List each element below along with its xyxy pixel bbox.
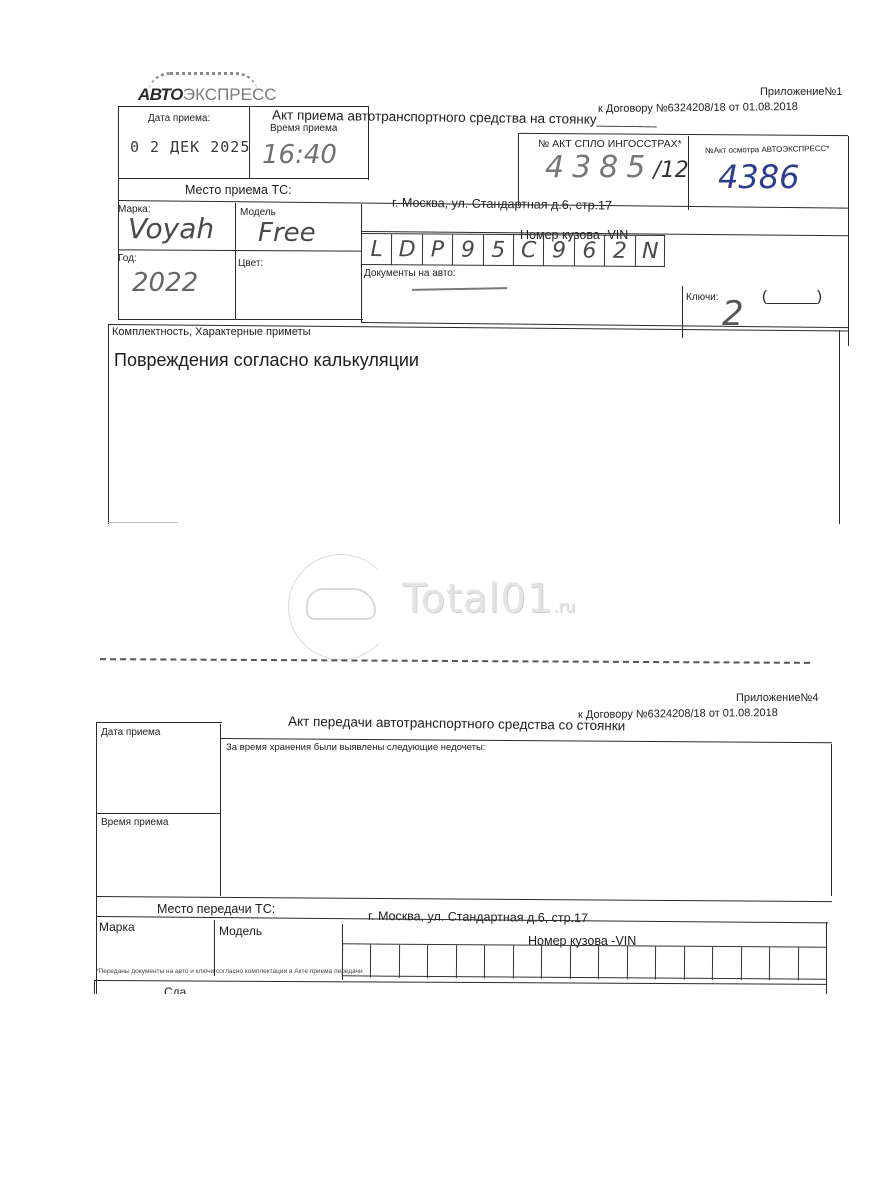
ingos-act-label: № АКТ СПЛО ИНГОССТРАХ* (538, 138, 682, 150)
transfer-act-title: Акт передачи автотранспортного средства … (288, 714, 625, 734)
documents-value-dash (412, 287, 507, 291)
appendix-number: Приложение№1 (760, 86, 842, 98)
receipt-place-label: Место приема ТС: (185, 183, 292, 197)
date-stamp-value: 0 2 ДЕК 2025 (130, 138, 250, 156)
vin-char-cell: 9 (543, 235, 574, 266)
vin-char-cell: C (513, 235, 544, 266)
transfer-vin-empty-cell (627, 946, 656, 979)
transfer-vin-cells-row (342, 943, 826, 979)
transfer-vin-empty-cell (484, 945, 513, 978)
vin-char-cell: 6 (574, 235, 605, 266)
transfer-model-label: Модель (219, 924, 262, 938)
transfer-vin-empty-cell (598, 946, 627, 979)
model-label: Модель (240, 207, 276, 218)
vin-char-cell: D (391, 234, 422, 265)
documents-label: Документы на авто: (364, 268, 456, 279)
transfer-vin-empty-cell (513, 946, 542, 979)
transfer-vin-empty-cell (797, 947, 826, 980)
transfer-place-label: Место передачи ТС: (157, 902, 275, 916)
ingos-act-value: 4385/12 (545, 150, 689, 185)
transfer-vin-empty-cell (769, 947, 798, 980)
inspection-act-label: №Акт осмотра АВТОЭКСПРЕСС* (705, 144, 830, 155)
keys-value: 2 (722, 294, 744, 334)
watermark-text: Total01.ru (402, 576, 575, 622)
vin-char-cell: 2 (604, 236, 635, 267)
brand-value: Voyah (128, 212, 214, 245)
model-value: Free (258, 218, 316, 248)
transfer-place-value: г. Москва, ул. Стандартная д.6, стр.17 (368, 909, 588, 925)
autoexpress-logo: АВТОЭКСПРЕСС (138, 72, 268, 108)
logo-text: АВТОЭКСПРЕСС (138, 85, 277, 105)
time-label: Время приема (270, 123, 337, 134)
vin-char-cell: N (634, 236, 665, 267)
year-label: Год: (118, 253, 137, 264)
vin-cells-row: LDP95C962N (361, 233, 665, 267)
transfer-vin-empty-cell (655, 946, 684, 979)
transfer-vin-empty-cell (456, 945, 485, 978)
date-label: Дата приема: (148, 113, 210, 124)
defects-label: За время хранения были выявлены следующи… (226, 742, 485, 753)
transfer-time-label: Время приема (101, 817, 168, 828)
completeness-label: Комплектность, Характерные приметы (112, 326, 311, 338)
keys-extra-blank: (______) (762, 288, 822, 305)
time-value: 16:40 (262, 140, 337, 170)
vin-char-cell: 9 (452, 235, 483, 266)
transfer-next-row-partial: Сда... (164, 986, 196, 994)
year-value: 2022 (132, 268, 198, 298)
transfer-appendix-number: Приложение№4 (736, 692, 818, 704)
transfer-brand-label: Марка (99, 920, 135, 934)
transfer-vin-empty-cell (570, 946, 599, 979)
transfer-vin-empty-cell (370, 945, 399, 978)
vin-char-cell: L (361, 234, 392, 265)
transfer-vin-empty-cell (712, 947, 741, 980)
transfer-vin-empty-cell (541, 946, 570, 979)
transfer-vin-empty-cell (427, 945, 456, 978)
completeness-value: Повреждения согласно калькуляции (114, 350, 419, 371)
keys-label: Ключи: (686, 292, 719, 303)
inspection-act-value: 4386 (718, 158, 799, 196)
watermark-car-icon (306, 588, 376, 620)
transfer-date-label: Дата приема (101, 727, 160, 738)
vin-char-cell: P (422, 234, 453, 265)
transfer-footnote: *Переданы документы на авто и ключи согл… (96, 968, 363, 975)
transfer-vin-empty-cell (399, 945, 428, 978)
transfer-vin-empty-cell (740, 947, 769, 980)
vin-char-cell: 5 (482, 235, 513, 266)
color-label: Цвет: (238, 258, 263, 269)
transfer-vin-empty-cell (684, 947, 713, 980)
total01-watermark: Total01.ru (288, 548, 608, 668)
